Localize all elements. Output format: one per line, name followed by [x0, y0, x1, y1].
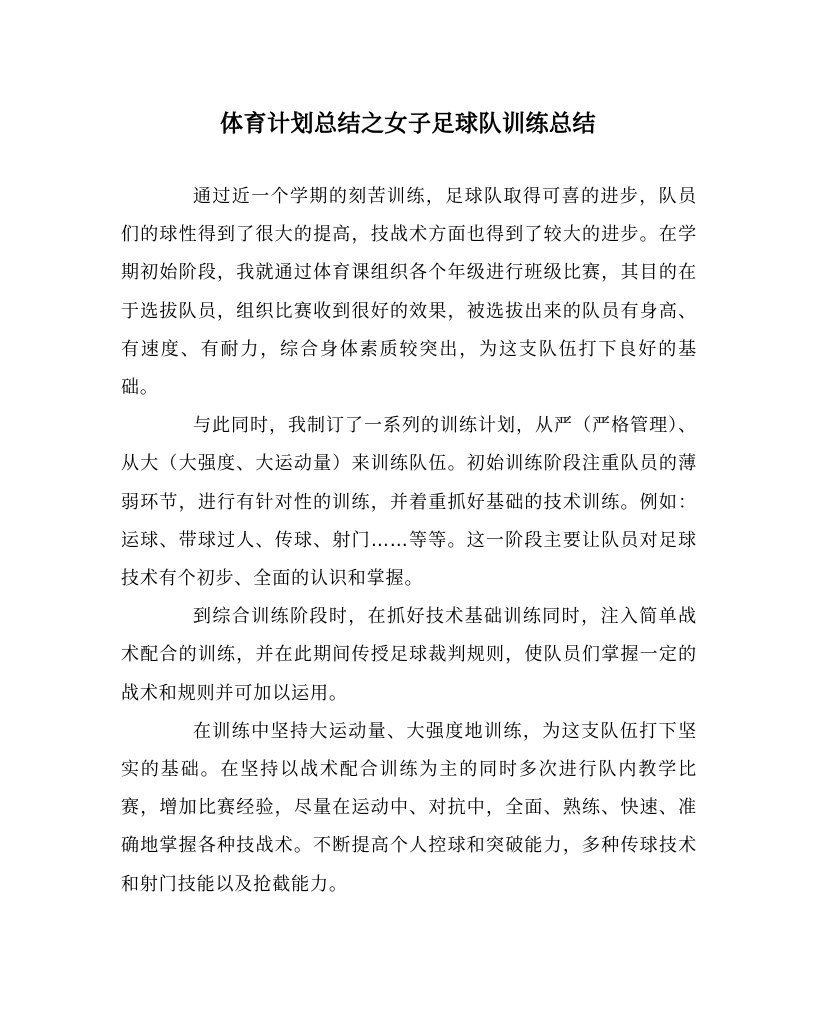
paragraph-3: 到综合训练阶段时，在抓好技术基础训练同时，注入简单战术配合的训练，并在此期间传授…: [121, 598, 697, 713]
paragraph-4: 在训练中坚持大运动量、大强度地训练，为这支队伍打下坚实的基础。在坚持以战术配合训…: [121, 713, 697, 904]
paragraph-2: 与此同时，我制订了一系列的训练计划，从严（严格管理）、从大（大强度、大运动量）来…: [121, 407, 697, 598]
document-page: 体育计划总结之女子足球队训练总结 通过近一个学期的刻苦训练，足球队取得可喜的进步…: [0, 0, 816, 1021]
document-body: 通过近一个学期的刻苦训练，足球队取得可喜的进步，队员们的球性得到了很大的提高，技…: [121, 178, 697, 904]
paragraph-1: 通过近一个学期的刻苦训练，足球队取得可喜的进步，队员们的球性得到了很大的提高，技…: [121, 178, 697, 407]
document-title: 体育计划总结之女子足球队训练总结: [0, 109, 816, 139]
